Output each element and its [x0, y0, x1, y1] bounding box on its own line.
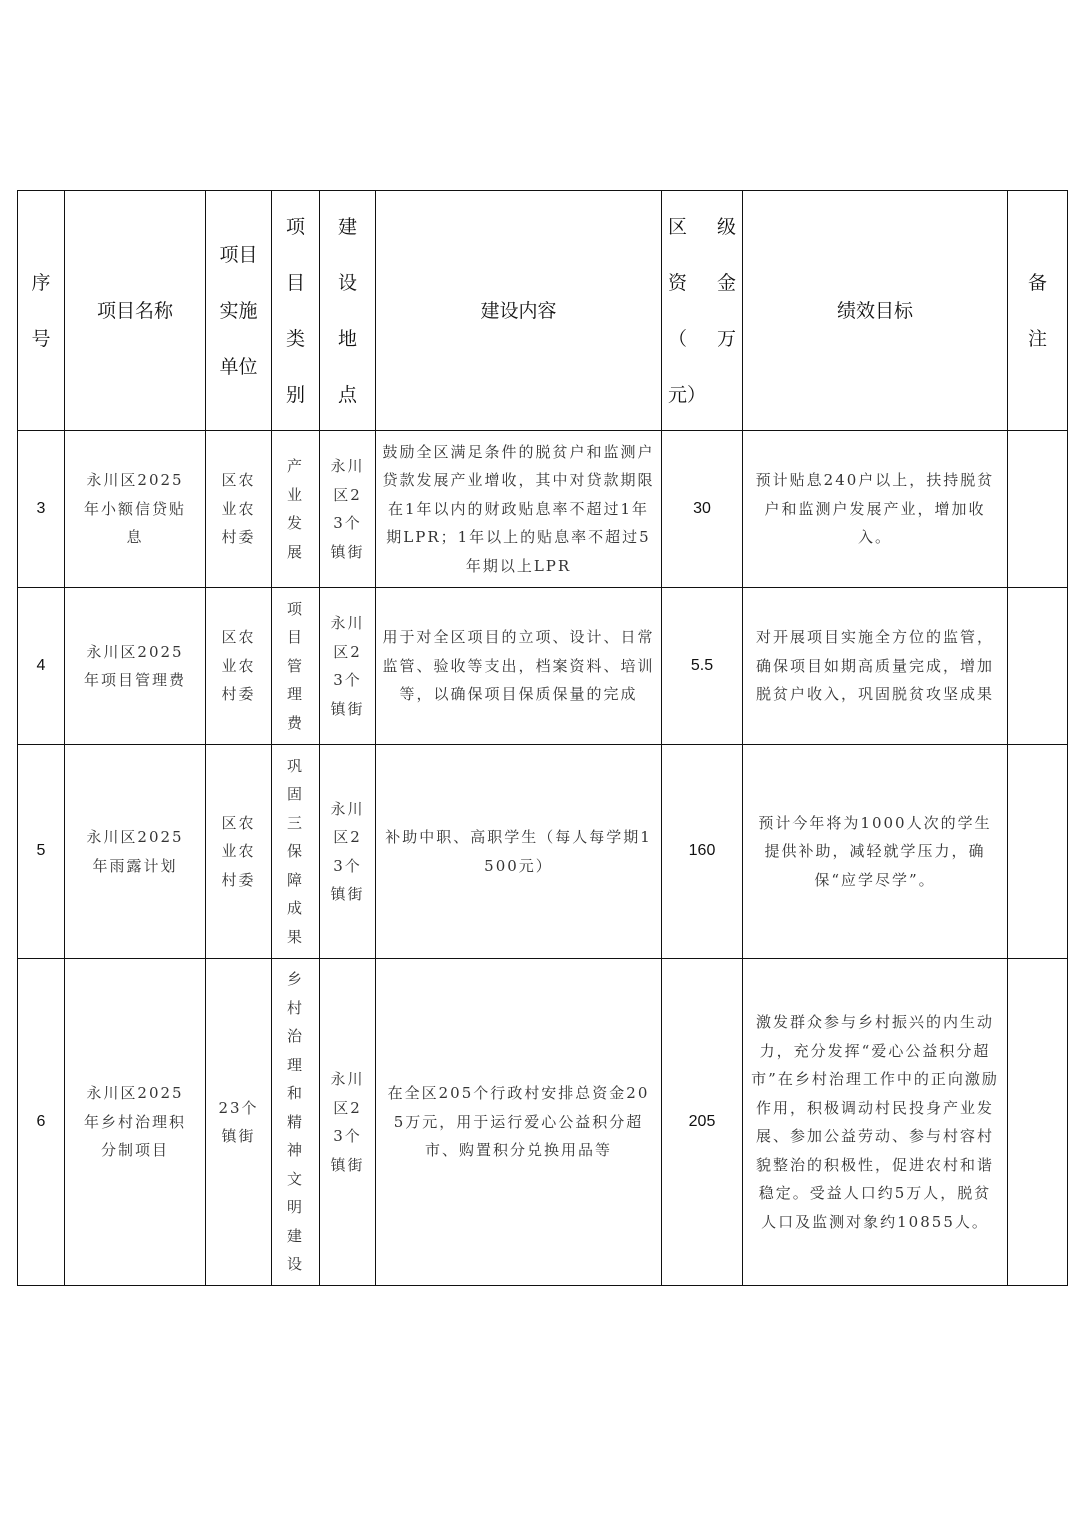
header-index-line: 序 [24, 255, 58, 311]
cell-unit: 区农业农村委 [206, 431, 272, 588]
header-funds-line: 元） [668, 367, 736, 423]
cell-location: 永川区23个镇街 [320, 431, 376, 588]
table-row: 6 永川区2025年乡村治理积分制项目 23个镇街 乡村治理和精神文明建设 永川… [18, 959, 1068, 1286]
cell-goal: 预计贴息240户以上，扶持脱贫户和监测户发展产业，增加收入。 [743, 431, 1008, 588]
cell-funds: 30 [662, 431, 743, 588]
cell-unit: 23个镇街 [206, 959, 272, 1286]
cell-name: 永川区2025年小额信贷贴息 [65, 431, 206, 588]
cell-remark [1008, 588, 1068, 745]
cell-category: 产业发展 [272, 431, 320, 588]
cell-goal: 激发群众参与乡村振兴的内生动力，充分发挥“爱心公益积分超市”在乡村治理工作中的正… [743, 959, 1008, 1286]
cell-category: 巩固三保障成果 [272, 745, 320, 959]
header-row: 序 号 项目名称 项目 实施 单位 项 目 类 别 建 设 地 点 建设内容 [18, 191, 1068, 431]
header-category-line: 目 [278, 255, 313, 311]
cell-funds: 5.5 [662, 588, 743, 745]
table-row: 5 永川区2025年雨露计划 区农业农村委 巩固三保障成果 永川区23个镇街 补… [18, 745, 1068, 959]
header-goal: 绩效目标 [743, 191, 1008, 431]
header-funds-char: 资 [668, 255, 687, 311]
header-remark-line: 备 [1014, 255, 1061, 311]
header-funds-char: 区 [668, 199, 687, 255]
header-content: 建设内容 [376, 191, 662, 431]
header-location-line: 地 [326, 311, 369, 367]
cell-category: 项目管理费 [272, 588, 320, 745]
header-unit: 项目 实施 单位 [206, 191, 272, 431]
cell-funds: 160 [662, 745, 743, 959]
header-funds-line: 区级 [668, 199, 736, 255]
header-index-line: 号 [24, 311, 58, 367]
cell-unit: 区农业农村委 [206, 588, 272, 745]
header-category-line: 别 [278, 367, 313, 423]
cell-location: 永川区23个镇街 [320, 588, 376, 745]
cell-unit: 区农业农村委 [206, 745, 272, 959]
header-unit-line: 实施 [212, 283, 265, 339]
header-name: 项目名称 [65, 191, 206, 431]
header-funds-line: （万 [668, 311, 736, 367]
cell-category: 乡村治理和精神文明建设 [272, 959, 320, 1286]
cell-name: 永川区2025年项目管理费 [65, 588, 206, 745]
header-funds-char: 级 [717, 199, 736, 255]
cell-goal: 预计今年将为1000人次的学生提供补助，减轻就学压力，确保“应学尽学”。 [743, 745, 1008, 959]
cell-remark [1008, 959, 1068, 1286]
cell-remark [1008, 431, 1068, 588]
project-table: 序 号 项目名称 项目 实施 单位 项 目 类 别 建 设 地 点 建设内容 [17, 190, 1068, 1286]
header-funds-line: 资金 [668, 255, 736, 311]
header-category: 项 目 类 别 [272, 191, 320, 431]
cell-index: 4 [18, 588, 65, 745]
cell-index: 5 [18, 745, 65, 959]
header-funds-char: 金 [717, 255, 736, 311]
cell-location: 永川区23个镇街 [320, 745, 376, 959]
table-row: 3 永川区2025年小额信贷贴息 区农业农村委 产业发展 永川区23个镇街 鼓励… [18, 431, 1068, 588]
cell-content: 补助中职、高职学生（每人每学期1500元） [376, 745, 662, 959]
header-remark: 备 注 [1008, 191, 1068, 431]
cell-content: 在全区205个行政村安排总资金205万元，用于运行爱心公益积分超市、购置积分兑换… [376, 959, 662, 1286]
cell-name: 永川区2025年乡村治理积分制项目 [65, 959, 206, 1286]
header-remark-line: 注 [1014, 311, 1061, 367]
cell-location: 永川区23个镇街 [320, 959, 376, 1286]
header-category-line: 项 [278, 199, 313, 255]
header-category-line: 类 [278, 311, 313, 367]
header-funds-char: 万 [717, 311, 736, 367]
header-funds: 区级 资金 （万 元） [662, 191, 743, 431]
cell-content: 用于对全区项目的立项、设计、日常监管、验收等支出，档案资料、培训等，以确保项目保… [376, 588, 662, 745]
header-unit-line: 单位 [212, 339, 265, 395]
header-index: 序 号 [18, 191, 65, 431]
cell-index: 3 [18, 431, 65, 588]
header-unit-line: 项目 [212, 227, 265, 283]
header-location-line: 建 [326, 199, 369, 255]
table-row: 4 永川区2025年项目管理费 区农业农村委 项目管理费 永川区23个镇街 用于… [18, 588, 1068, 745]
cell-content: 鼓励全区满足条件的脱贫户和监测户贷款发展产业增收，其中对贷款期限在1年以内的财政… [376, 431, 662, 588]
header-funds-char: （ [668, 311, 687, 367]
header-funds-char: 元） [668, 367, 706, 423]
cell-goal: 对开展项目实施全方位的监管，确保项目如期高质量完成，增加脱贫户收入，巩固脱贫攻坚… [743, 588, 1008, 745]
cell-name: 永川区2025年雨露计划 [65, 745, 206, 959]
cell-remark [1008, 745, 1068, 959]
header-location-line: 点 [326, 367, 369, 423]
cell-funds: 205 [662, 959, 743, 1286]
header-location: 建 设 地 点 [320, 191, 376, 431]
cell-index: 6 [18, 959, 65, 1286]
header-location-line: 设 [326, 255, 369, 311]
